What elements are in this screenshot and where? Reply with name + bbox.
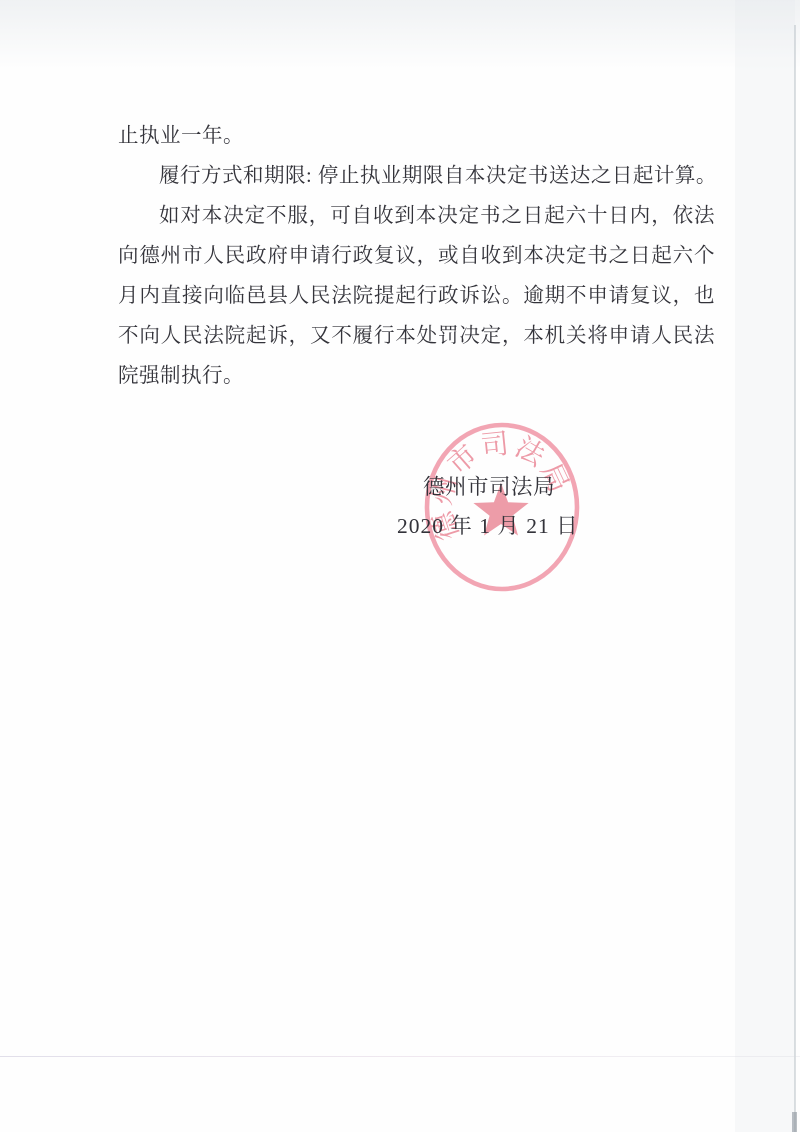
body-line: 月内直接向临邑县人民法院提起行政诉讼。逾期不申请复议，也 bbox=[118, 276, 715, 316]
scan-crease-line bbox=[0, 1056, 800, 1057]
body-line: 履行方式和期限: 停止执业期限自本决定书送达之日起计算。 bbox=[118, 156, 715, 196]
body-line: 不向人民法院起诉，又不履行本处罚决定，本机关将申请人民法 bbox=[118, 316, 715, 356]
signature-date: 2020 年 1 月 21 日 bbox=[397, 509, 579, 540]
scanned-document-page: 止执业一年。 履行方式和期限: 停止执业期限自本决定书送达之日起计算。 如对本决… bbox=[0, 0, 800, 1132]
scan-edge-mark bbox=[792, 1112, 797, 1132]
body-line: 止执业一年。 bbox=[118, 116, 715, 156]
body-line: 院强制执行。 bbox=[118, 356, 715, 396]
body-line: 向德州市人民政府申请行政复议，或自收到本决定书之日起六个 bbox=[118, 236, 715, 276]
scan-top-shade bbox=[0, 0, 800, 70]
document-body: 止执业一年。 履行方式和期限: 停止执业期限自本决定书送达之日起计算。 如对本决… bbox=[118, 116, 715, 396]
signature-organization: 德州市司法局 bbox=[423, 470, 555, 501]
official-seal: 德州市司法局 bbox=[414, 413, 590, 601]
scan-right-tint bbox=[735, 0, 795, 1132]
scan-edge-line bbox=[794, 25, 796, 1132]
body-line: 如对本决定不服，可自收到本决定书之日起六十日内，依法 bbox=[118, 196, 715, 236]
